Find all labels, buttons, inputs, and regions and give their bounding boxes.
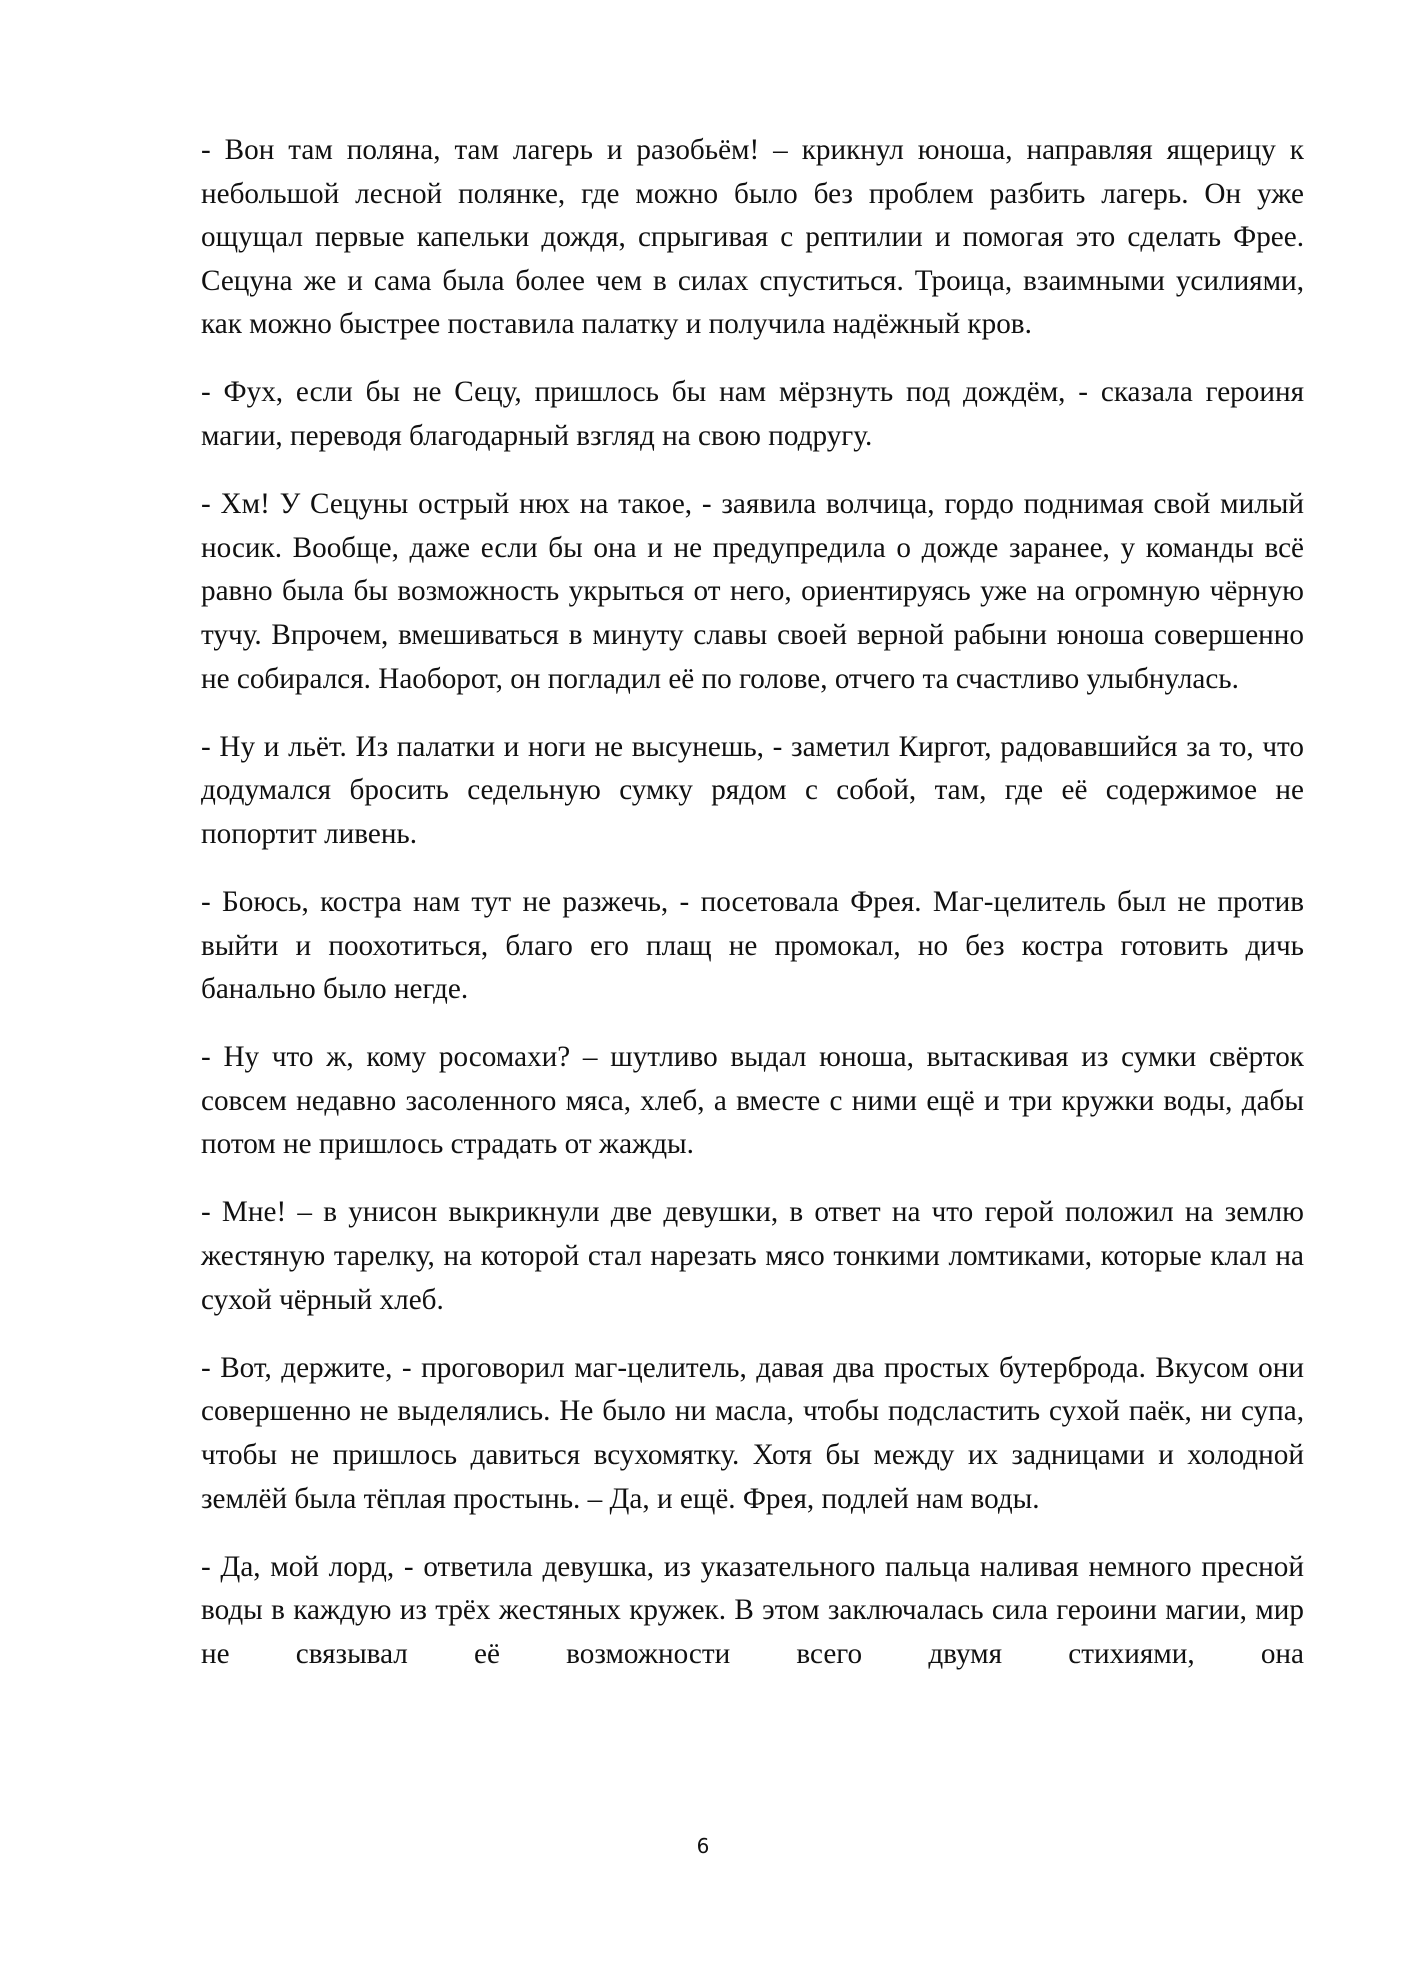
paragraph-continued: - Да, мой лорд, - ответила девушка, из у…	[201, 1546, 1304, 1677]
paragraph: - Вот, держите, - проговорил маг-целител…	[201, 1347, 1304, 1521]
paragraph: - Вон там поляна, там лагерь и разобьём!…	[201, 129, 1304, 347]
paragraph: - Мне! – в унисон выкрикнули две девушки…	[201, 1191, 1304, 1322]
paragraph: - Фух, если бы не Сецу, пришлось бы нам …	[201, 371, 1304, 458]
text-body: - Вон там поляна, там лагерь и разобьём!…	[201, 129, 1304, 1701]
paragraph: - Хм! У Сецуны острый нюх на такое, - за…	[201, 483, 1304, 701]
paragraph: - Ну что ж, кому росомахи? – шутливо выд…	[201, 1036, 1304, 1167]
paragraph: - Ну и льёт. Из палатки и ноги не высуне…	[201, 726, 1304, 857]
paragraph: - Боюсь, костра нам тут не разжечь, - по…	[201, 881, 1304, 1012]
page-number: 6	[0, 1832, 1406, 1860]
document-page: - Вон там поляна, там лагерь и разобьём!…	[0, 0, 1406, 1988]
